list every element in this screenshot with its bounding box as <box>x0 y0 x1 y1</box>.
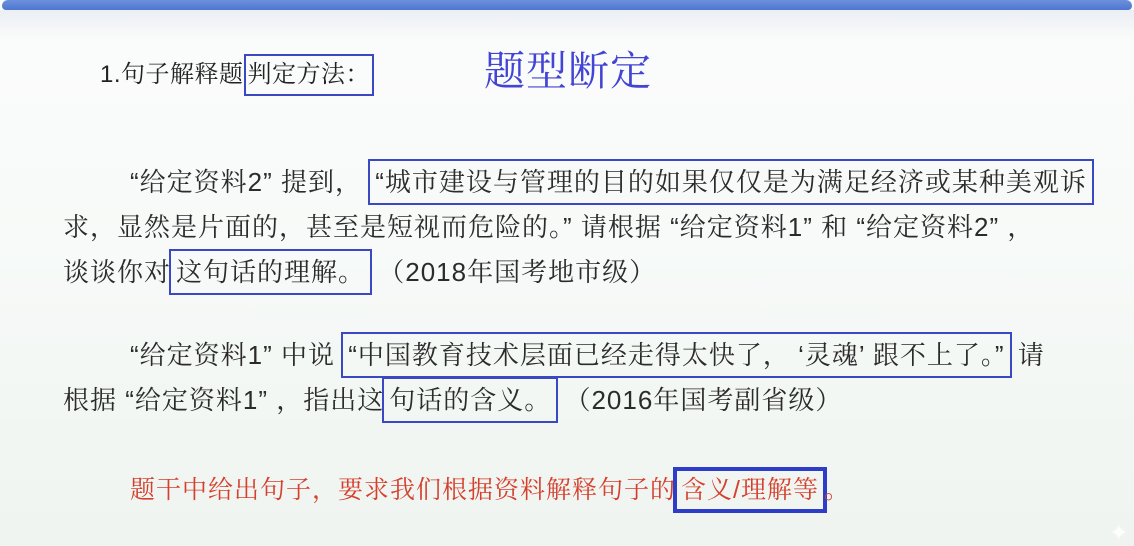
conclusion-note: 题干中给出句子，要求我们根据资料解释句子的含义/理解等。 <box>130 472 850 508</box>
page-title: 题型断定 <box>484 48 652 94</box>
question1-line3-post: （2018年国考地市级） <box>370 257 656 287</box>
conclusion-note-boxed-annotation: 含义/理解等 <box>673 467 827 513</box>
section-heading: 1.句子解释题判定方法： <box>100 58 374 92</box>
question1-line1-pre: “给定资料2” 提到， <box>130 167 370 197</box>
question2-line2: 根据 “给定资料1” ，指出这句话的含义。 （2016年国考副省级） <box>63 381 842 419</box>
question1-line1-boxed-annotation: “城市建设与管理的目的如果仅仅是为满足经济或某种美观诉 <box>368 159 1094 205</box>
question2-line1-pre: “给定资料1” 中说 <box>130 340 343 370</box>
question1-line3: 谈谈你对这句话的理解。 （2018年国考地市级） <box>63 253 656 291</box>
question2-line2-boxed-annotation: 句话的含义。 <box>382 377 558 423</box>
question1-line1: “给定资料2” 提到， “城市建设与管理的目的如果仅仅是为满足经济或某种美观诉 <box>130 163 1092 201</box>
question2-line1: “给定资料1” 中说 “中国教育技术层面已经走得太快了， ‘灵魂’ 跟不上了。”… <box>130 336 1045 374</box>
watermark-icon: ✦ <box>1110 520 1128 546</box>
question1-line3-boxed-annotation: 这句话的理解。 <box>169 249 372 295</box>
question2-line1-post: 请 <box>1010 340 1045 370</box>
question1-line2: 求，显然是片面的，甚至是短视而危险的。” 请根据 “给定资料1” 和 “给定资料… <box>63 208 1034 246</box>
section-heading-prefix: 1.句子解释题 <box>100 61 244 88</box>
conclusion-note-post: 。 <box>824 476 850 504</box>
conclusion-note-pre: 题干中给出句子，要求我们根据资料解释句子的 <box>130 476 676 504</box>
question2-line1-boxed-annotation: “中国教育技术层面已经走得太快了， ‘灵魂’ 跟不上了。” <box>341 332 1011 378</box>
top-bar <box>2 0 1132 10</box>
top-bar-shadow <box>0 10 1134 40</box>
section-heading-boxed-annotation: 判定方法： <box>244 54 375 96</box>
question2-line2-pre: 根据 “给定资料1” ，指出这 <box>63 385 384 415</box>
question2-line2-post: （2016年国考副省级） <box>556 385 842 415</box>
question1-line3-pre: 谈谈你对 <box>63 257 171 287</box>
